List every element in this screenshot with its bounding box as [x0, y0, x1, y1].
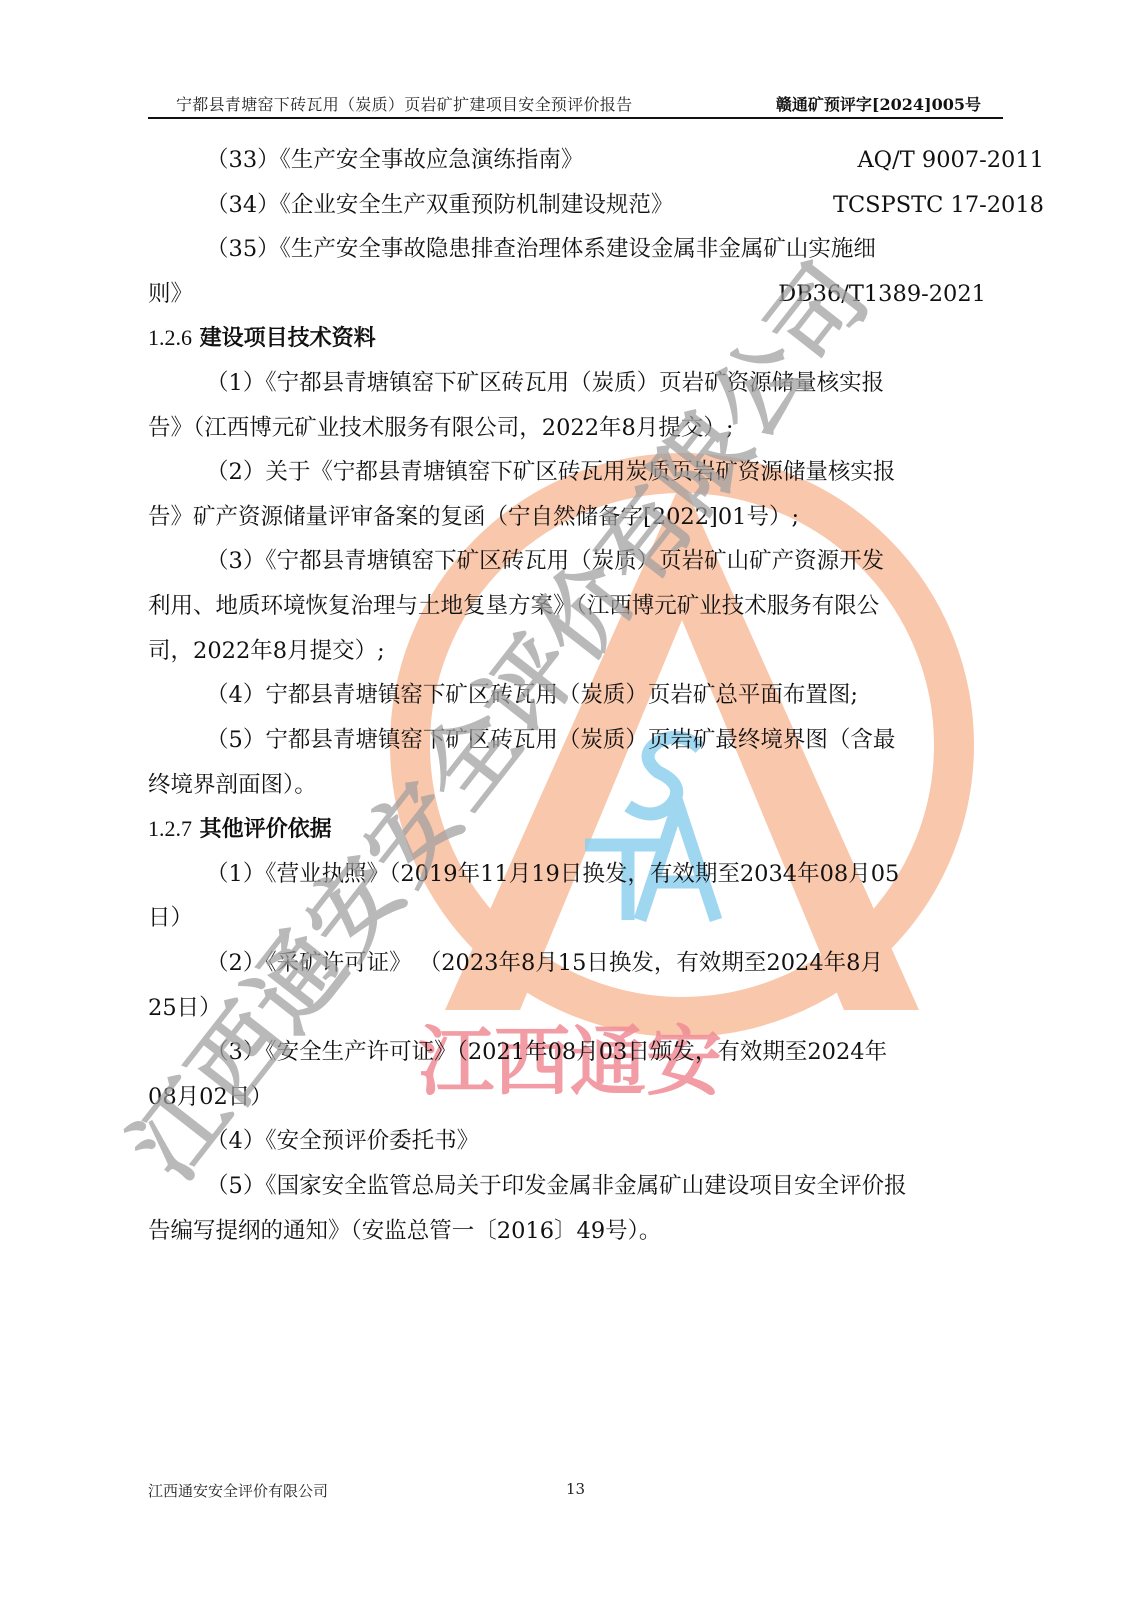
page-number: 13: [566, 1480, 585, 1498]
standard-code: AQ/T 9007-2011: [857, 145, 1044, 175]
standard-title: （35）《生产安全事故隐患排查治理体系建设金属非金属矿山实施细: [206, 236, 876, 262]
header-divider: [148, 117, 1003, 119]
header-doc-number: 赣通矿预评字[2024]005号: [776, 92, 981, 115]
page-header: 宁都县青塘窑下砖瓦用（炭质）页岩矿扩建项目安全预评价报告 赣通矿预评字[2024…: [148, 88, 1003, 118]
standard-title: （33）《生产安全事故应急演练指南》: [206, 147, 583, 173]
standard-item: （34）《企业安全生产双重预防机制建设规范》 TCSPSTC 17-2018: [148, 190, 1044, 220]
paragraph-line: 终境界剖面图）。: [148, 770, 986, 800]
paragraph-line: 利用、地质环境恢复治理与土地复垦方案》（江西博元矿业技术服务有限公: [148, 591, 986, 621]
paragraph-line: 25日）: [148, 993, 986, 1023]
paragraph-line: （1）《宁都县青塘镇窑下矿区砖瓦用（炭质）页岩矿资源储量核实报: [148, 368, 1044, 398]
standard-code: TCSPSTC 17-2018: [833, 190, 1044, 220]
paragraph-line: （4）《安全预评价委托书》: [148, 1126, 1044, 1156]
paragraph-line: 司，2022年8月提交）;: [148, 636, 986, 666]
paragraph-line: 告》矿产资源储量评审备案的复函（宁自然储备字[2022]01号）;: [148, 502, 986, 532]
section-number: 1.2.7: [148, 816, 192, 841]
paragraph-line: （2）关于《宁都县青塘镇窑下矿区砖瓦用炭质页岩矿资源储量核实报: [148, 457, 1044, 487]
section-heading-1-2-7: 1.2.7 其他评价依据: [148, 814, 986, 845]
standard-item-continuation: 则》 DB36/T1389-2021: [148, 279, 986, 309]
footer-company: 江西通安安全评价有限公司: [148, 1480, 328, 1501]
standard-item: （33）《生产安全事故应急演练指南》 AQ/T 9007-2011: [148, 145, 1044, 175]
paragraph-line: （2）《采矿许可证》 （2023年8月15日换发，有效期至2024年8月: [148, 948, 1044, 978]
section-title: 其他评价依据: [200, 817, 332, 842]
section-heading-1-2-6: 1.2.6 建设项目技术资料: [148, 323, 986, 354]
section-number: 1.2.6: [148, 325, 192, 350]
paragraph-line: （4）宁都县青塘镇窑下矿区砖瓦用（炭质）页岩矿总平面布置图;: [148, 680, 1044, 710]
paragraph-line: 日）: [148, 903, 986, 933]
standard-item: （35）《生产安全事故隐患排查治理体系建设金属非金属矿山实施细: [148, 234, 1044, 264]
paragraph-line: 告编写提纲的通知》（安监总管一〔2016〕49号）。: [148, 1216, 986, 1246]
header-title: 宁都县青塘窑下砖瓦用（炭质）页岩矿扩建项目安全预评价报告: [176, 92, 632, 115]
standard-title: （34）《企业安全生产双重预防机制建设规范》: [206, 192, 673, 218]
paragraph-line: （5）《国家安全监管总局关于印发金属非金属矿山建设项目安全评价报: [148, 1171, 1044, 1201]
paragraph-line: 08月02日）: [148, 1082, 986, 1112]
paragraph-line: （5）宁都县青塘镇窑下矿区砖瓦用（炭质）页岩矿最终境界图（含最: [148, 725, 1044, 755]
paragraph-line: （3）《宁都县青塘镇窑下矿区砖瓦用（炭质）页岩矿山矿产资源开发: [148, 546, 1044, 576]
section-title: 建设项目技术资料: [200, 326, 376, 351]
paragraph-line: （1）《营业执照》（2019年11月19日换发，有效期至2034年08月05: [148, 859, 1044, 889]
document-page: 江西通安 宁都县青塘窑下砖瓦用（炭质）页岩矿扩建项目安全预评价报告 赣通矿预评字…: [0, 0, 1131, 1600]
standard-title-cont: 则》: [148, 281, 193, 307]
paragraph-line: 告》（江西博元矿业技术服务有限公司，2022年8月提交）;: [148, 413, 986, 443]
standard-code: DB36/T1389-2021: [778, 279, 986, 309]
paragraph-line: （3）《安全生产许可证》（2021年08月03日颁发，有效期至2024年: [148, 1037, 1044, 1067]
